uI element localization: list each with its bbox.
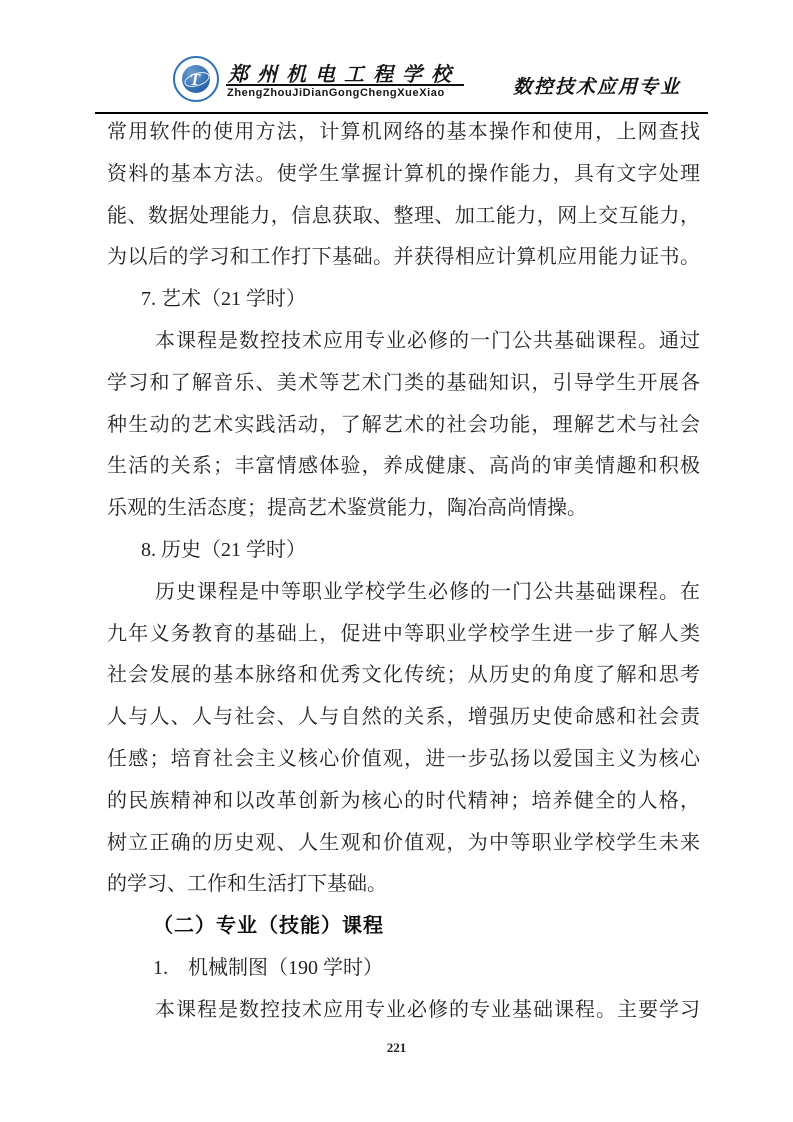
text-line: 历史课程是中等职业学校学生必修的一门公共基础课程。在	[107, 572, 700, 614]
text-line: 人与人、人与社会、人与自然的关系，增强历史使命感和社会责	[107, 697, 700, 739]
text-line: 社会发展的基本脉络和优秀文化传统；从历史的角度了解和思考	[107, 655, 700, 697]
text-line: 种生动的艺术实践活动，了解艺术的社会功能，理解艺术与社会	[107, 405, 700, 447]
text-line: 生活的关系；丰富情感体验，养成健康、高尚的审美情趣和积极	[107, 446, 700, 488]
document-page: T 郑州机电工程学校 ZhengZhouJiDianGongChengXueXi…	[0, 0, 793, 1122]
text-line: 九年义务教育的基础上，促进中等职业学校学生进一步了解人类	[107, 614, 700, 656]
school-logo: T	[173, 56, 219, 102]
text-line: 8. 历史（21 学时）	[107, 530, 700, 572]
school-name-divider	[226, 84, 464, 86]
document-title: 数控技术应用专业	[513, 72, 681, 99]
text-line: 树立正确的历史观、人生观和价值观，为中等职业学校学生未来	[107, 823, 700, 865]
text-line: 7. 艺术（21 学时）	[107, 279, 700, 321]
text-line: 资料的基本方法。使学生掌握计算机的操作能力，具有文字处理	[107, 154, 700, 196]
school-logo-ring-icon: T	[173, 56, 219, 102]
text-line: 学习和了解音乐、美术等艺术门类的基础知识，引导学生开展各	[107, 363, 700, 405]
text-line: 的学习、工作和生活打下基础。	[107, 864, 700, 906]
school-name-pinyin: ZhengZhouJiDianGongChengXueXiao	[227, 87, 445, 99]
text-line: 常用软件的使用方法，计算机网络的基本操作和使用，上网查找	[107, 112, 700, 154]
text-line: （二）专业（技能）课程	[107, 906, 700, 948]
text-line: 1. 机械制图（190 学时）	[107, 948, 700, 990]
text-line: 本课程是数控技术应用专业必修的一门公共基础课程。通过	[107, 321, 700, 363]
text-line: 的民族精神和以改革创新为核心的时代精神；培养健全的人格，	[107, 781, 700, 823]
body-text: 常用软件的使用方法，计算机网络的基本操作和使用，上网查找资料的基本方法。使学生掌…	[107, 112, 700, 1032]
page-number: 221	[0, 1040, 793, 1056]
text-line: 本课程是数控技术应用专业必修的专业基础课程。主要学习	[107, 990, 700, 1032]
text-line: 能、数据处理能力，信息获取、整理、加工能力，网上交互能力，	[107, 196, 700, 238]
school-name: 郑州机电工程学校	[228, 58, 468, 87]
school-logo-disc-icon: T	[182, 65, 210, 93]
text-line: 乐观的生活态度；提高艺术鉴赏能力，陶冶高尚情操。	[107, 488, 700, 530]
text-line: 任感；培育社会主义核心价值观，进一步弘扬以爱国主义为核心	[107, 739, 700, 781]
text-line: 为以后的学习和工作打下基础。并获得相应计算机应用能力证书。	[107, 237, 700, 279]
